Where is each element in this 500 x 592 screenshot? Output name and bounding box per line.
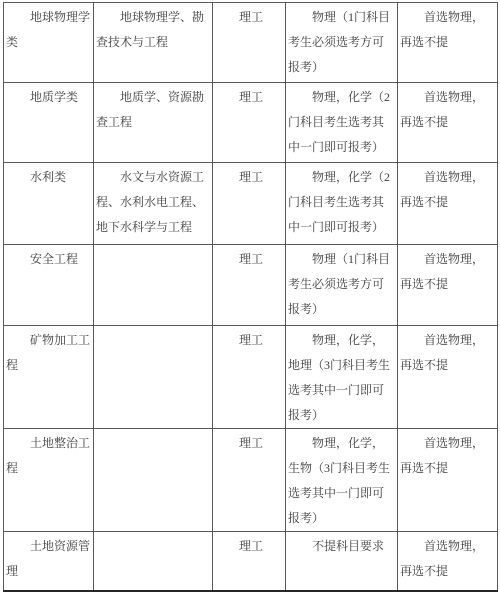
cell-type: 理工	[213, 326, 286, 429]
cell-new-requirement: 首选物理，再选不提	[398, 532, 498, 591]
cell-new-requirement: 首选物理，再选不提	[398, 83, 498, 163]
cell-new-requirement: 首选物理，再选不提	[398, 3, 498, 83]
major-subject-requirements-table: 地球物理学类 地球物理学、勘查技术与工程 理工 物理（1门科目考生必须选考方可报…	[3, 2, 498, 592]
cell-majors	[94, 326, 213, 429]
document-page: 地球物理学类 地球物理学、勘查技术与工程 理工 物理（1门科目考生必须选考方可报…	[0, 0, 500, 592]
cell-majors	[94, 245, 213, 326]
cell-type: 理工	[213, 532, 286, 591]
cell-type: 理工	[213, 83, 286, 163]
cell-major-category: 地球物理学类	[4, 3, 94, 83]
cell-new-requirement: 首选物理，再选不提	[398, 163, 498, 245]
cell-new-requirement: 首选物理，再选不提	[398, 245, 498, 326]
cell-subject-requirement: 物理，化学（2门科目考生选考其中一门即可报考）	[286, 163, 398, 245]
cell-majors: 地球物理学、勘查技术与工程	[94, 3, 213, 83]
cell-majors: 水文与水资源工程、水利水电工程、地下水科学与工程	[94, 163, 213, 245]
cell-major-category: 水利类	[4, 163, 94, 245]
cell-major-category: 安全工程	[4, 245, 94, 326]
cell-type: 理工	[213, 163, 286, 245]
cell-new-requirement: 首选物理，再选不提	[398, 326, 498, 429]
cell-majors	[94, 429, 213, 532]
cell-major-category: 矿物加工工程	[4, 326, 94, 429]
table-row: 地球物理学类 地球物理学、勘查技术与工程 理工 物理（1门科目考生必须选考方可报…	[4, 3, 498, 83]
table-row: 地质学类 地质学、资源勘查工程 理工 物理，化学（2门科目考生选考其中一门即可报…	[4, 83, 498, 163]
cell-subject-requirement: 物理，化学，地理（3门科目考生选考其中一门即可报考）	[286, 326, 398, 429]
cell-major-category: 土地整治工程	[4, 429, 94, 532]
cell-majors	[94, 532, 213, 591]
cell-subject-requirement: 物理（1门科目考生必须选考方可报考）	[286, 3, 398, 83]
table-row: 安全工程 理工 物理（1门科目考生必须选考方可报考） 首选物理，再选不提	[4, 245, 498, 326]
cell-subject-requirement: 物理（1门科目考生必须选考方可报考）	[286, 245, 398, 326]
table-row: 水利类 水文与水资源工程、水利水电工程、地下水科学与工程 理工 物理，化学（2门…	[4, 163, 498, 245]
cell-type: 理工	[213, 245, 286, 326]
cell-subject-requirement: 物理，化学（2门科目考生选考其中一门即可报考）	[286, 83, 398, 163]
table-row: 土地整治工程 理工 物理，化学，生物（3门科目考生选考其中一门即可报考） 首选物…	[4, 429, 498, 532]
table-row: 土地资源管理 理工 不提科目要求 首选物理，再选不提	[4, 532, 498, 591]
cell-major-category: 土地资源管理	[4, 532, 94, 591]
cell-new-requirement: 首选物理，再选不提	[398, 429, 498, 532]
cell-subject-requirement: 不提科目要求	[286, 532, 398, 591]
cell-subject-requirement: 物理，化学，生物（3门科目考生选考其中一门即可报考）	[286, 429, 398, 532]
cell-type: 理工	[213, 429, 286, 532]
cell-type: 理工	[213, 3, 286, 83]
table-row: 矿物加工工程 理工 物理，化学，地理（3门科目考生选考其中一门即可报考） 首选物…	[4, 326, 498, 429]
cell-majors: 地质学、资源勘查工程	[94, 83, 213, 163]
cell-major-category: 地质学类	[4, 83, 94, 163]
